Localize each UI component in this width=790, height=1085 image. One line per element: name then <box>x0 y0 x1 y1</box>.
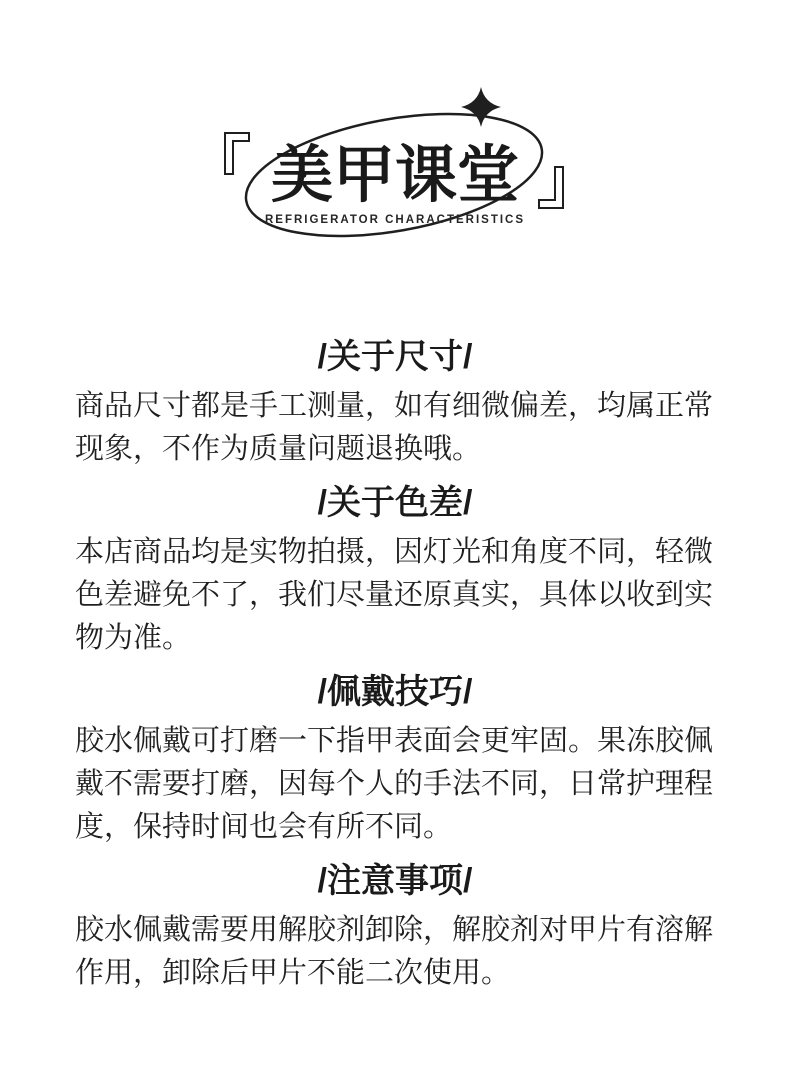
section-body-wearing-tips: 胶水佩戴可打磨一下指甲表面会更牢固。果冻胶佩戴不需要打磨，因每个人的手法不同，日… <box>75 720 715 849</box>
section-heading-precautions: /注意事项/ <box>75 863 715 899</box>
section-color-difference: /关于色差/ 本店商品均是实物拍摄，因灯光和角度不同，轻微色差避免不了，我们尽量… <box>75 485 715 660</box>
section-heading-color-difference: /关于色差/ <box>75 485 715 521</box>
page-subtitle: REFRIGERATOR CHARACTERISTICS <box>0 214 790 226</box>
section-body-precautions: 胶水佩戴需要用解胶剂卸除，解胶剂对甲片有溶解作用，卸除后甲片不能二次使用。 <box>75 909 715 995</box>
section-body-color-difference: 本店商品均是实物拍摄，因灯光和角度不同，轻微色差避免不了，我们尽量还原真实，具体… <box>75 531 715 660</box>
logo-header: 美甲课堂 REFRIGERATOR CHARACTERISTICS <box>0 0 790 250</box>
page-title: 美甲课堂 <box>0 141 790 211</box>
product-info-page: 美甲课堂 REFRIGERATOR CHARACTERISTICS /关于尺寸/… <box>0 0 790 1085</box>
section-heading-about-size: /关于尺寸/ <box>75 339 715 375</box>
section-about-size: /关于尺寸/ 商品尺寸都是手工测量，如有细微偏差，均属正常现象，不作为质量问题退… <box>75 339 715 471</box>
section-wearing-tips: /佩戴技巧/ 胶水佩戴可打磨一下指甲表面会更牢固。果冻胶佩戴不需要打磨，因每个人… <box>75 674 715 849</box>
section-body-about-size: 商品尺寸都是手工测量，如有细微偏差，均属正常现象，不作为质量问题退换哦。 <box>75 385 715 471</box>
section-heading-wearing-tips: /佩戴技巧/ <box>75 674 715 710</box>
info-sections: /关于尺寸/ 商品尺寸都是手工测量，如有细微偏差，均属正常现象，不作为质量问题退… <box>75 339 715 995</box>
section-precautions: /注意事项/ 胶水佩戴需要用解胶剂卸除，解胶剂对甲片有溶解作用，卸除后甲片不能二… <box>75 863 715 995</box>
sparkle-icon <box>461 87 501 127</box>
